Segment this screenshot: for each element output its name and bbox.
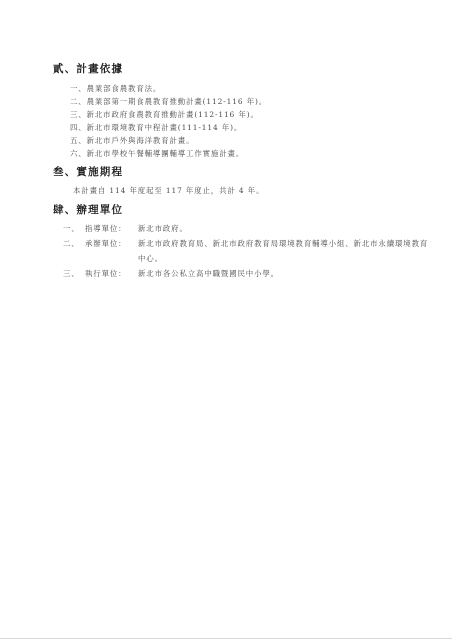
basis-item-3: 三、新北市政府食農教育推動計畫(112-116 年)。 [70, 110, 259, 120]
section-heading-schedule: 叁、實施期程 [53, 166, 123, 178]
section-heading-units: 肆、辦理單位 [53, 204, 123, 216]
unit-value: 新北市政府教育局、新北市政府教育局環境教育輔導小組、新北市永續環境教育中心。 [138, 236, 431, 266]
document-page: 貳、計畫依據 一、農業部食農教育法。 二、農業部第一期食農教育推動計畫(112-… [0, 0, 452, 640]
section-heading-basis: 貳、計畫依據 [53, 63, 123, 75]
unit-value: 新北市政府。 [138, 221, 438, 236]
unit-label: 執行單位： [85, 266, 138, 281]
unit-row-executor: 三、執行單位：新北市各公私立高中職暨國民中小學。 [63, 266, 438, 281]
unit-row-guiding: 一、指導單位：新北市政府。 [63, 221, 438, 236]
basis-item-6: 六、新北市學校午餐輔導團輔導工作實施計畫。 [70, 149, 244, 159]
basis-item-1: 一、農業部食農教育法。 [70, 84, 161, 94]
unit-value: 新北市各公私立高中職暨國民中小學。 [138, 266, 438, 281]
unit-number: 三、 [63, 266, 85, 281]
basis-item-2: 二、農業部第一期食農教育推動計畫(112-116 年)。 [70, 97, 267, 107]
unit-label: 承辦單位： [85, 236, 138, 251]
schedule-paragraph: 本計畫自 114 年度起至 117 年度止，共計 4 年。 [73, 186, 264, 196]
unit-label: 指導單位： [85, 221, 138, 236]
unit-number: 一、 [63, 221, 85, 236]
scan-edge-line [0, 638, 452, 639]
unit-number: 二、 [63, 236, 85, 251]
unit-row-organizer: 二、承辦單位：新北市政府教育局、新北市政府教育局環境教育輔導小組、新北市永續環境… [63, 236, 431, 266]
basis-item-4: 四、新北市環境教育中程計畫(111-114 年)。 [70, 123, 242, 133]
basis-item-5: 五、新北市戶外與海洋教育計畫。 [70, 136, 194, 146]
